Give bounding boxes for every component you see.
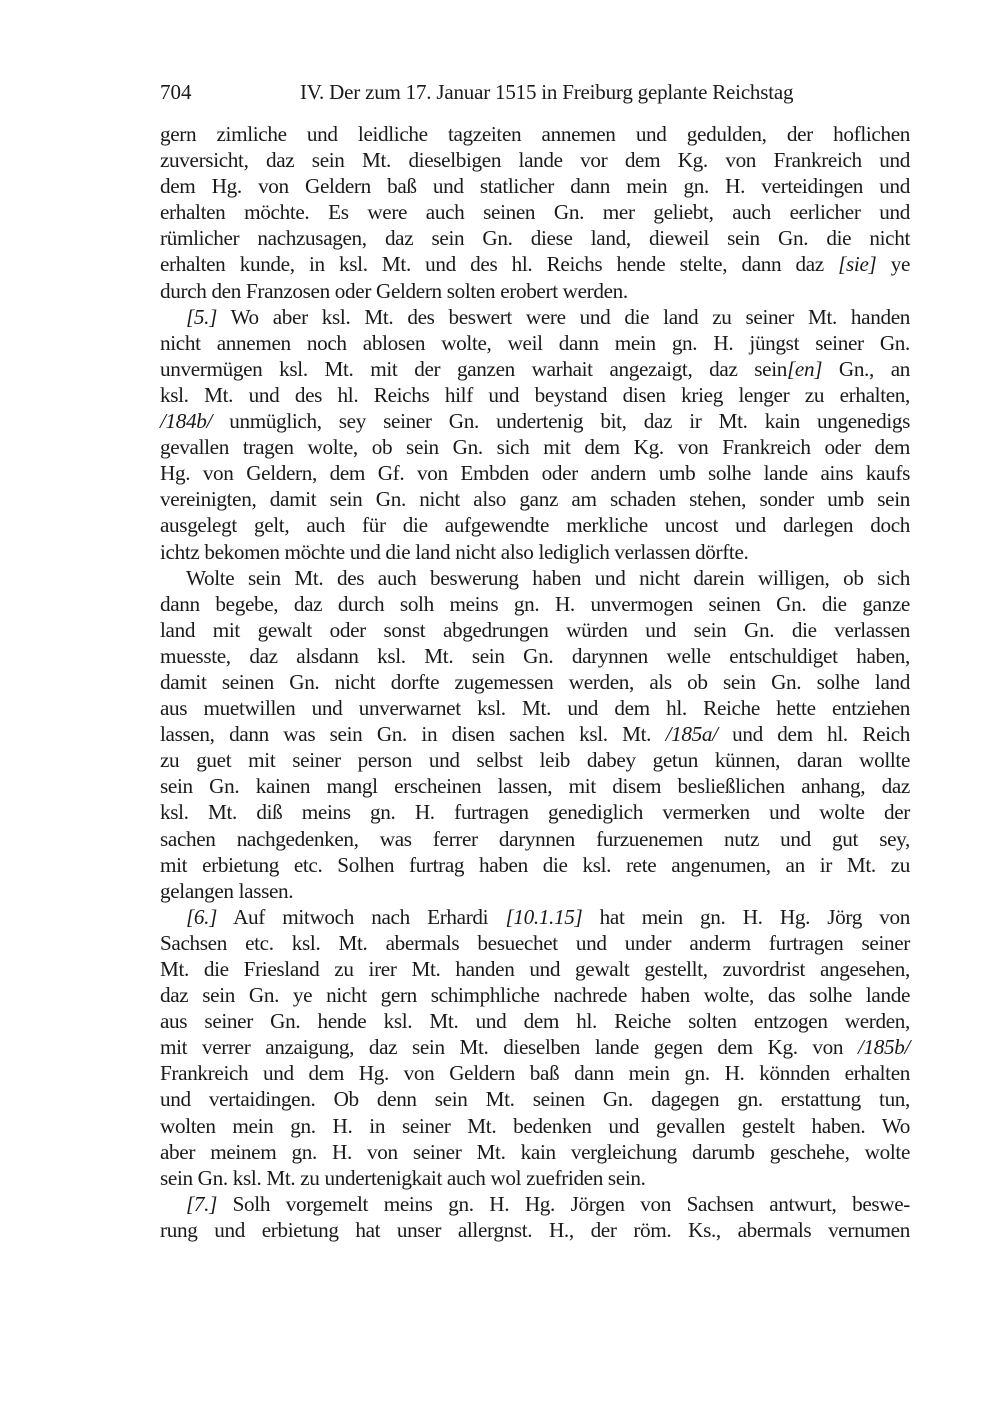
page-number: 704 <box>160 80 192 105</box>
editorial-annotation: [sie] <box>838 252 876 276</box>
text-segment: und dem hl. Reich <box>718 722 910 746</box>
text-segment: ksl. Mt. und des hl. Reichs hilf und bey… <box>160 383 910 407</box>
text-line: sachen nachgedenken, was ferrer darynnen… <box>160 826 910 852</box>
text-line: Mt. die Friesland zu irer Mt. handen und… <box>160 956 910 982</box>
text-segment: ksl. Mt. diß meins gn. H. furtragen gene… <box>160 800 910 824</box>
text-line: gern zimliche und leidliche tagzeiten an… <box>160 121 910 147</box>
text-segment: Auf mitwoch nach Erhardi <box>217 905 505 929</box>
text-segment: zu guet mit seiner person und selbst lei… <box>160 748 910 772</box>
text-segment: aus seiner Gn. hende ksl. Mt. und dem hl… <box>160 1009 910 1033</box>
text-segment: daz sein Gn. ye nicht gern schimphliche … <box>160 983 910 1007</box>
editorial-annotation: [7.] <box>186 1192 217 1216</box>
text-segment: Frankreich und dem Hg. von Geldern baß d… <box>160 1061 910 1085</box>
text-segment: erhalten kunde, in ksl. Mt. und des hl. … <box>160 252 838 276</box>
text-line: ausgelegt gelt, auch für die aufgewendte… <box>160 512 910 538</box>
text-line: vereinigten, damit sein Gn. nicht also g… <box>160 486 910 512</box>
text-line: gevallen tragen wolte, ob sein Gn. sich … <box>160 434 910 460</box>
text-segment: Solh vorgemelt meins gn. H. Hg. Jörgen v… <box>217 1192 910 1216</box>
text-segment: land mit gewalt oder sonst abgedrungen w… <box>160 618 910 642</box>
text-segment: hat mein gn. H. Hg. Jörg von <box>582 905 910 929</box>
text-line: ksl. Mt. diß meins gn. H. furtragen gene… <box>160 799 910 825</box>
text-line: aus muetwillen und unverwarnet ksl. Mt. … <box>160 695 910 721</box>
text-line: Hg. von Geldern, dem Gf. von Embden oder… <box>160 460 910 486</box>
text-segment: wolten mein gn. H. in seiner Mt. bedenke… <box>160 1114 910 1138</box>
editorial-annotation: [10.1.15] <box>505 905 582 929</box>
text-line: rümlicher nachzusagen, daz sein Gn. dies… <box>160 225 910 251</box>
text-segment: dann begebe, daz durch solh meins gn. H.… <box>160 592 910 616</box>
text-line: damit seinen Gn. nicht dorfte zugemessen… <box>160 669 910 695</box>
text-segment: dem Hg. von Geldern baß und statlicher d… <box>160 174 910 198</box>
editorial-annotation: /185a/ <box>666 722 718 746</box>
text-line: [7.] Solh vorgemelt meins gn. H. Hg. Jör… <box>160 1191 910 1217</box>
text-line: /184b/ unmüglich, sey seiner Gn. underte… <box>160 408 910 434</box>
running-title: IV. Der zum 17. Januar 1515 in Freiburg … <box>300 80 793 105</box>
text-line: Wolte sein Mt. des auch beswerung haben … <box>160 565 910 591</box>
text-line: mit verrer anzaigung, daz sein Mt. diese… <box>160 1034 910 1060</box>
text-segment: Sachsen etc. ksl. Mt. abermals besuechet… <box>160 931 910 955</box>
text-segment: gelangen lassen. <box>160 879 293 903</box>
editorial-annotation: [5.] <box>186 305 217 329</box>
editorial-annotation: /185b/ <box>858 1035 910 1059</box>
text-segment: und vertaidingen. Ob denn sein Mt. seine… <box>160 1087 910 1111</box>
body-text: gern zimliche und leidliche tagzeiten an… <box>160 121 910 1243</box>
text-line: muesste, daz alsdann ksl. Mt. sein Gn. d… <box>160 643 910 669</box>
text-segment: Gn., an <box>822 357 910 381</box>
text-segment: ausgelegt gelt, auch für die aufgewendte… <box>160 513 910 537</box>
text-line: Frankreich und dem Hg. von Geldern baß d… <box>160 1060 910 1086</box>
text-segment: gern zimliche und leidliche tagzeiten an… <box>160 122 910 146</box>
page-header: 704 IV. Der zum 17. Januar 1515 in Freib… <box>160 80 910 108</box>
text-segment: ye <box>876 252 910 276</box>
text-segment: lassen, dann was sein Gn. in disen sache… <box>160 722 666 746</box>
text-segment: aber meinem gn. H. von seiner Mt. kain v… <box>160 1140 910 1164</box>
text-line: ichtz bekomen möchte und die land nicht … <box>160 539 910 565</box>
text-segment: sein Gn. ksl. Mt. zu undertenigkait auch… <box>160 1166 646 1190</box>
text-segment: vereinigten, damit sein Gn. nicht also g… <box>160 487 910 511</box>
text-segment: sachen nachgedenken, was ferrer darynnen… <box>160 827 910 851</box>
text-line: aus seiner Gn. hende ksl. Mt. und dem hl… <box>160 1008 910 1034</box>
editorial-annotation: [en] <box>787 357 822 381</box>
text-line: erhalten möchte. Es were auch seinen Gn.… <box>160 199 910 225</box>
text-segment: erhalten möchte. Es were auch seinen Gn.… <box>160 200 910 224</box>
text-segment: muesste, daz alsdann ksl. Mt. sein Gn. d… <box>160 644 910 668</box>
text-line: rung und erbietung hat unser allergnst. … <box>160 1217 910 1243</box>
text-line: zu guet mit seiner person und selbst lei… <box>160 747 910 773</box>
text-line: dem Hg. von Geldern baß und statlicher d… <box>160 173 910 199</box>
text-segment: sein Gn. kainen mangl erscheinen lassen,… <box>160 774 910 798</box>
editorial-annotation: /184b/ <box>160 409 212 433</box>
text-segment: durch den Franzosen oder Geldern solten … <box>160 279 628 303</box>
text-segment: gevallen tragen wolte, ob sein Gn. sich … <box>160 435 910 459</box>
text-line: wolten mein gn. H. in seiner Mt. bedenke… <box>160 1113 910 1139</box>
document-page: 704 IV. Der zum 17. Januar 1515 in Freib… <box>0 0 1004 1418</box>
text-line: sein Gn. kainen mangl erscheinen lassen,… <box>160 773 910 799</box>
text-segment: Wolte sein Mt. des auch beswerung haben … <box>186 566 910 590</box>
text-line: sein Gn. ksl. Mt. zu undertenigkait auch… <box>160 1165 910 1191</box>
text-segment: ichtz bekomen möchte und die land nicht … <box>160 540 748 564</box>
text-line: daz sein Gn. ye nicht gern schimphliche … <box>160 982 910 1008</box>
text-line: zuversicht, daz sein Mt. dieselbigen lan… <box>160 147 910 173</box>
text-line: lassen, dann was sein Gn. in disen sache… <box>160 721 910 747</box>
text-segment: mit verrer anzaigung, daz sein Mt. diese… <box>160 1035 858 1059</box>
text-line: unvermügen ksl. Mt. mit der ganzen warha… <box>160 356 910 382</box>
text-segment: zuversicht, daz sein Mt. dieselbigen lan… <box>160 148 910 172</box>
text-line: [6.] Auf mitwoch nach Erhardi [10.1.15] … <box>160 904 910 930</box>
text-line: mit erbietung etc. Solhen furtrag haben … <box>160 852 910 878</box>
text-segment: rung und erbietung hat unser allergnst. … <box>160 1218 910 1242</box>
text-segment: damit seinen Gn. nicht dorfte zugemessen… <box>160 670 910 694</box>
editorial-annotation: [6.] <box>186 905 217 929</box>
text-segment: unmüglich, sey seiner Gn. undertenig bit… <box>212 409 910 433</box>
text-segment: aus muetwillen und unverwarnet ksl. Mt. … <box>160 696 910 720</box>
text-line: gelangen lassen. <box>160 878 910 904</box>
text-line: [5.] Wo aber ksl. Mt. des beswert were u… <box>160 304 910 330</box>
text-line: und vertaidingen. Ob denn sein Mt. seine… <box>160 1086 910 1112</box>
text-line: dann begebe, daz durch solh meins gn. H.… <box>160 591 910 617</box>
text-line: erhalten kunde, in ksl. Mt. und des hl. … <box>160 251 910 277</box>
text-segment: rümlicher nachzusagen, daz sein Gn. dies… <box>160 226 910 250</box>
text-segment: Hg. von Geldern, dem Gf. von Embden oder… <box>160 461 910 485</box>
text-line: aber meinem gn. H. von seiner Mt. kain v… <box>160 1139 910 1165</box>
text-line: durch den Franzosen oder Geldern solten … <box>160 278 910 304</box>
text-line: land mit gewalt oder sonst abgedrungen w… <box>160 617 910 643</box>
text-line: nicht annemen noch ablosen wolte, weil d… <box>160 330 910 356</box>
text-line: Sachsen etc. ksl. Mt. abermals besuechet… <box>160 930 910 956</box>
text-segment: Mt. die Friesland zu irer Mt. handen und… <box>160 957 910 981</box>
text-segment: unvermügen ksl. Mt. mit der ganzen warha… <box>160 357 787 381</box>
text-segment: Wo aber ksl. Mt. des beswert were und di… <box>217 305 910 329</box>
text-segment: mit erbietung etc. Solhen furtrag haben … <box>160 853 910 877</box>
text-line: ksl. Mt. und des hl. Reichs hilf und bey… <box>160 382 910 408</box>
text-segment: nicht annemen noch ablosen wolte, weil d… <box>160 331 910 355</box>
